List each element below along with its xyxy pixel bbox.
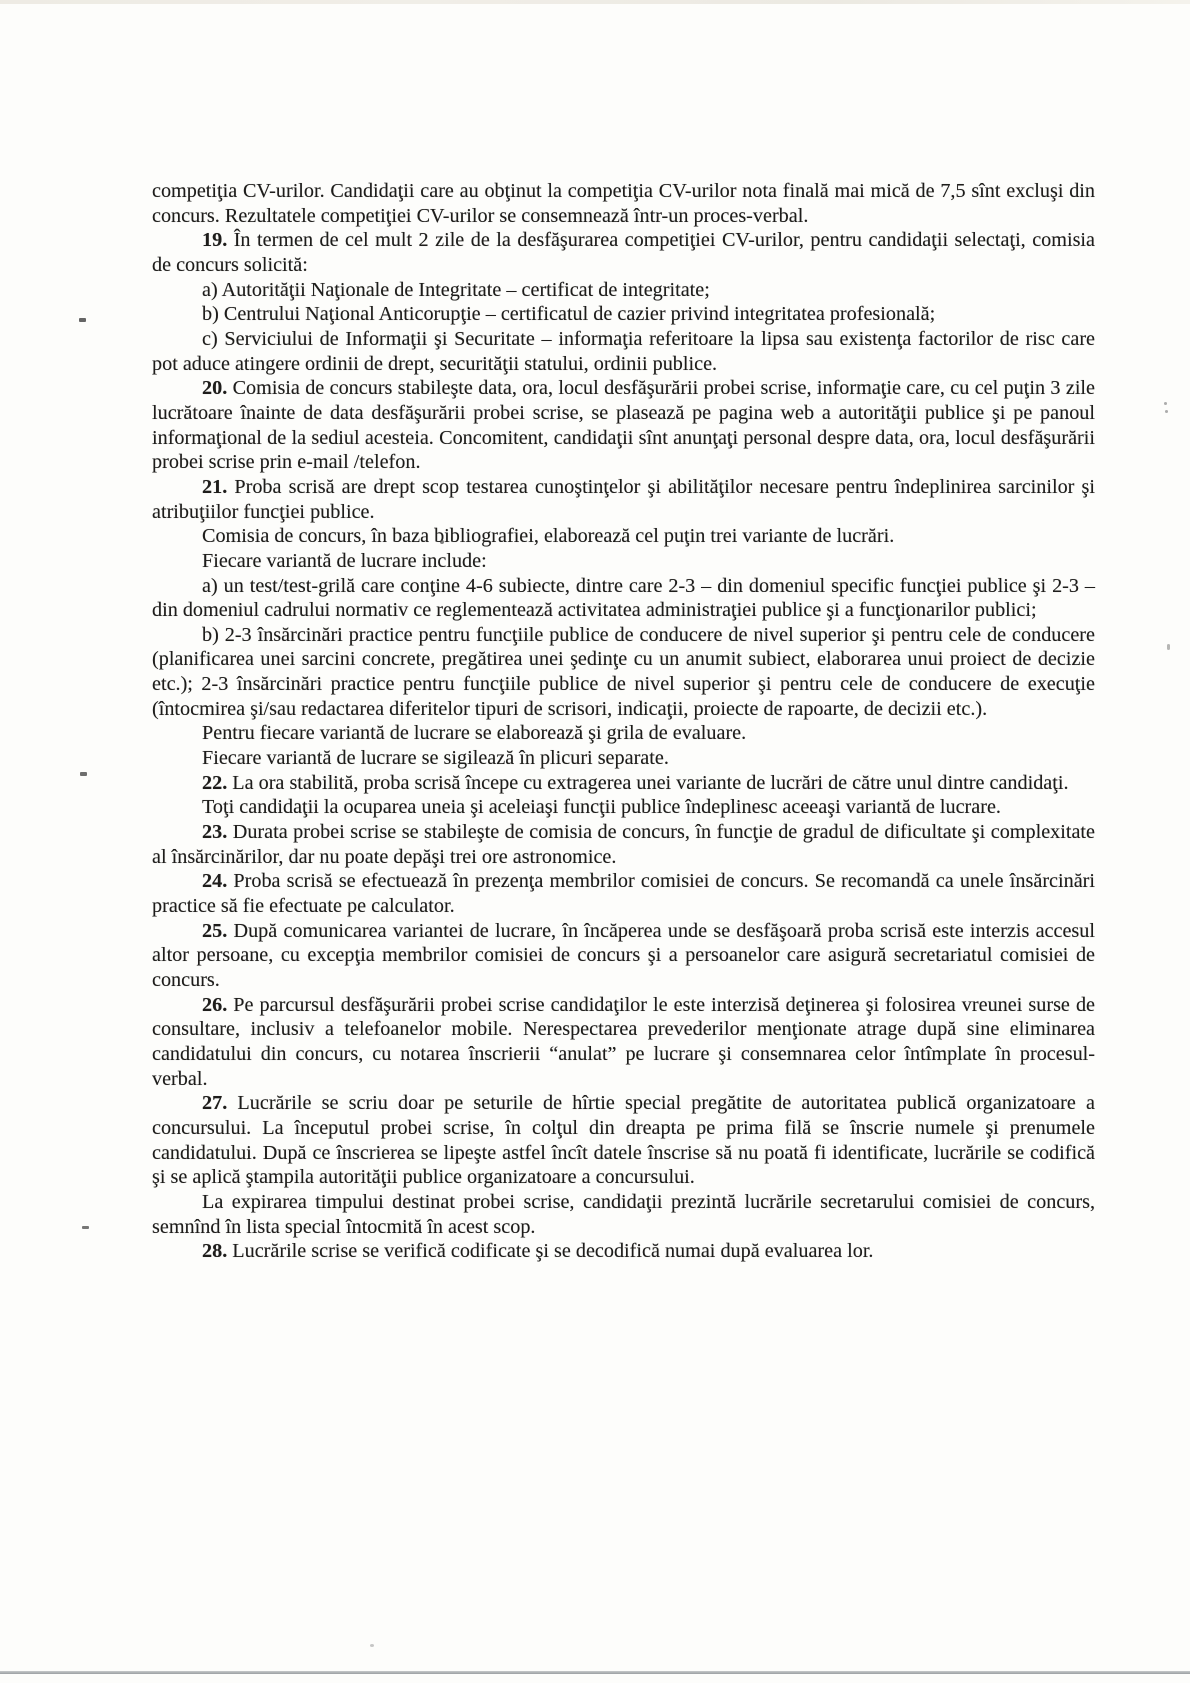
paragraph-number: 21. bbox=[202, 476, 227, 498]
paragraph-text: a) un test/test-grilă care conţine 4-6 s… bbox=[152, 575, 1095, 622]
paragraph-24: 24. Proba scrisă se efectuează în prezen… bbox=[152, 869, 1095, 918]
paragraph-25: 25. După comunicarea variantei de lucrar… bbox=[152, 919, 1095, 993]
paragraph-19: 19. În termen de cel mult 2 zile de la d… bbox=[152, 228, 1095, 277]
paragraph: c) Serviciului de Informaţii şi Securita… bbox=[152, 327, 1095, 376]
paragraph-number: 23. bbox=[202, 821, 227, 843]
paragraph-text: Comisia de concurs stabileşte data, ora,… bbox=[152, 377, 1095, 473]
paragraph-text: Durata probei scrise se stabileşte de co… bbox=[152, 821, 1095, 868]
paragraph-text: Proba scrisă se efectuează în prezenţa m… bbox=[152, 870, 1095, 917]
paragraph-number: 24. bbox=[202, 870, 227, 892]
paragraph: La expirarea timpului destinat probei sc… bbox=[152, 1190, 1095, 1239]
paragraph: Toţi candidaţii la ocuparea uneia şi ace… bbox=[152, 795, 1095, 820]
paragraph-26: 26. Pe parcursul desfăşurării probei scr… bbox=[152, 993, 1095, 1092]
scan-bottom-edge-line bbox=[0, 1671, 1190, 1674]
paragraph-text: a) Autorităţii Naţionale de Integritate … bbox=[202, 279, 710, 301]
paragraph-text: În termen de cel mult 2 zile de la desfă… bbox=[152, 229, 1095, 276]
scan-speck bbox=[1164, 402, 1167, 405]
paragraph-text: Lucrările se scriu doar pe seturile de h… bbox=[152, 1092, 1095, 1188]
paragraph-27: 27. Lucrările se scriu doar pe seturile … bbox=[152, 1091, 1095, 1190]
paragraph-number: 20. bbox=[202, 377, 227, 399]
paragraph: a) Autorităţii Naţionale de Integritate … bbox=[152, 278, 1095, 303]
paragraph-text: Lucrările scrise se verifică codificate … bbox=[227, 1240, 873, 1262]
scan-speck bbox=[82, 1226, 89, 1229]
paragraph-text: Fiecare variantă de lucrare se sigilează… bbox=[202, 747, 669, 769]
paragraph-21: 21. Proba scrisă are drept scop testarea… bbox=[152, 475, 1095, 524]
paragraph-28: 28. Lucrările scrise se verifică codific… bbox=[152, 1239, 1095, 1264]
paragraph-number: 19. bbox=[202, 229, 227, 251]
paragraph-text: Proba scrisă are drept scop testarea cun… bbox=[152, 476, 1095, 523]
paragraph: Comisia de concurs, în baza bibliografie… bbox=[152, 524, 1095, 549]
paragraph-text: b) Centrului Naţional Anticorupţie – cer… bbox=[202, 303, 935, 325]
paragraph-number: 26. bbox=[202, 994, 227, 1016]
paragraph-23: 23. Durata probei scrise se stabileşte d… bbox=[152, 820, 1095, 869]
document-text-block: competiţia CV-urilor. Candidaţii care au… bbox=[152, 179, 1095, 1264]
paragraph: Fiecare variantă de lucrare include: bbox=[152, 549, 1095, 574]
scanned-document-page: competiţia CV-urilor. Candidaţii care au… bbox=[0, 0, 1190, 1683]
paragraph-number: 27. bbox=[202, 1092, 227, 1114]
paragraph-text: Pe parcursul desfăşurării probei scrise … bbox=[152, 994, 1095, 1090]
paragraph: Pentru fiecare variantă de lucrare se el… bbox=[152, 721, 1095, 746]
paragraph-text: Toţi candidaţii la ocuparea uneia şi ace… bbox=[202, 796, 1001, 818]
paragraph-text: b) 2-3 însărcinări practice pentru funcţ… bbox=[152, 624, 1095, 720]
scan-speck bbox=[370, 1644, 374, 1647]
paragraph-22: 22. La ora stabilită, proba scrisă încep… bbox=[152, 771, 1095, 796]
scan-speck bbox=[79, 318, 86, 322]
paragraph-number: 25. bbox=[202, 920, 227, 942]
paragraph: b) 2-3 însărcinări practice pentru funcţ… bbox=[152, 623, 1095, 722]
paragraph-text: La ora stabilită, proba scrisă începe cu… bbox=[227, 772, 1068, 794]
paragraph: b) Centrului Naţional Anticorupţie – cer… bbox=[152, 302, 1095, 327]
paragraph: Fiecare variantă de lucrare se sigilează… bbox=[152, 746, 1095, 771]
paragraph-number: 22. bbox=[202, 772, 227, 794]
paragraph-text: Fiecare variantă de lucrare include: bbox=[202, 550, 487, 572]
paragraph-number: 28. bbox=[202, 1240, 227, 1262]
paragraph-text: Pentru fiecare variantă de lucrare se el… bbox=[202, 722, 746, 744]
paragraph: a) un test/test-grilă care conţine 4-6 s… bbox=[152, 574, 1095, 623]
paragraph-text: La expirarea timpului destinat probei sc… bbox=[152, 1191, 1095, 1238]
scan-speck bbox=[1167, 644, 1170, 650]
paragraph-text: După comunicarea variantei de lucrare, î… bbox=[152, 920, 1095, 991]
scan-speck bbox=[80, 772, 87, 776]
paragraph: competiţia CV-urilor. Candidaţii care au… bbox=[152, 179, 1095, 228]
paragraph-text: Comisia de concurs, în baza bibliografie… bbox=[202, 525, 894, 547]
paragraph-text: competiţia CV-urilor. Candidaţii care au… bbox=[152, 180, 1095, 227]
paragraph-text: c) Serviciului de Informaţii şi Securita… bbox=[152, 328, 1095, 375]
paragraph-20: 20. Comisia de concurs stabileşte data, … bbox=[152, 376, 1095, 475]
scan-speck bbox=[1165, 410, 1168, 413]
scan-speck bbox=[440, 540, 444, 544]
scan-top-edge-artifact bbox=[0, 0, 1190, 4]
